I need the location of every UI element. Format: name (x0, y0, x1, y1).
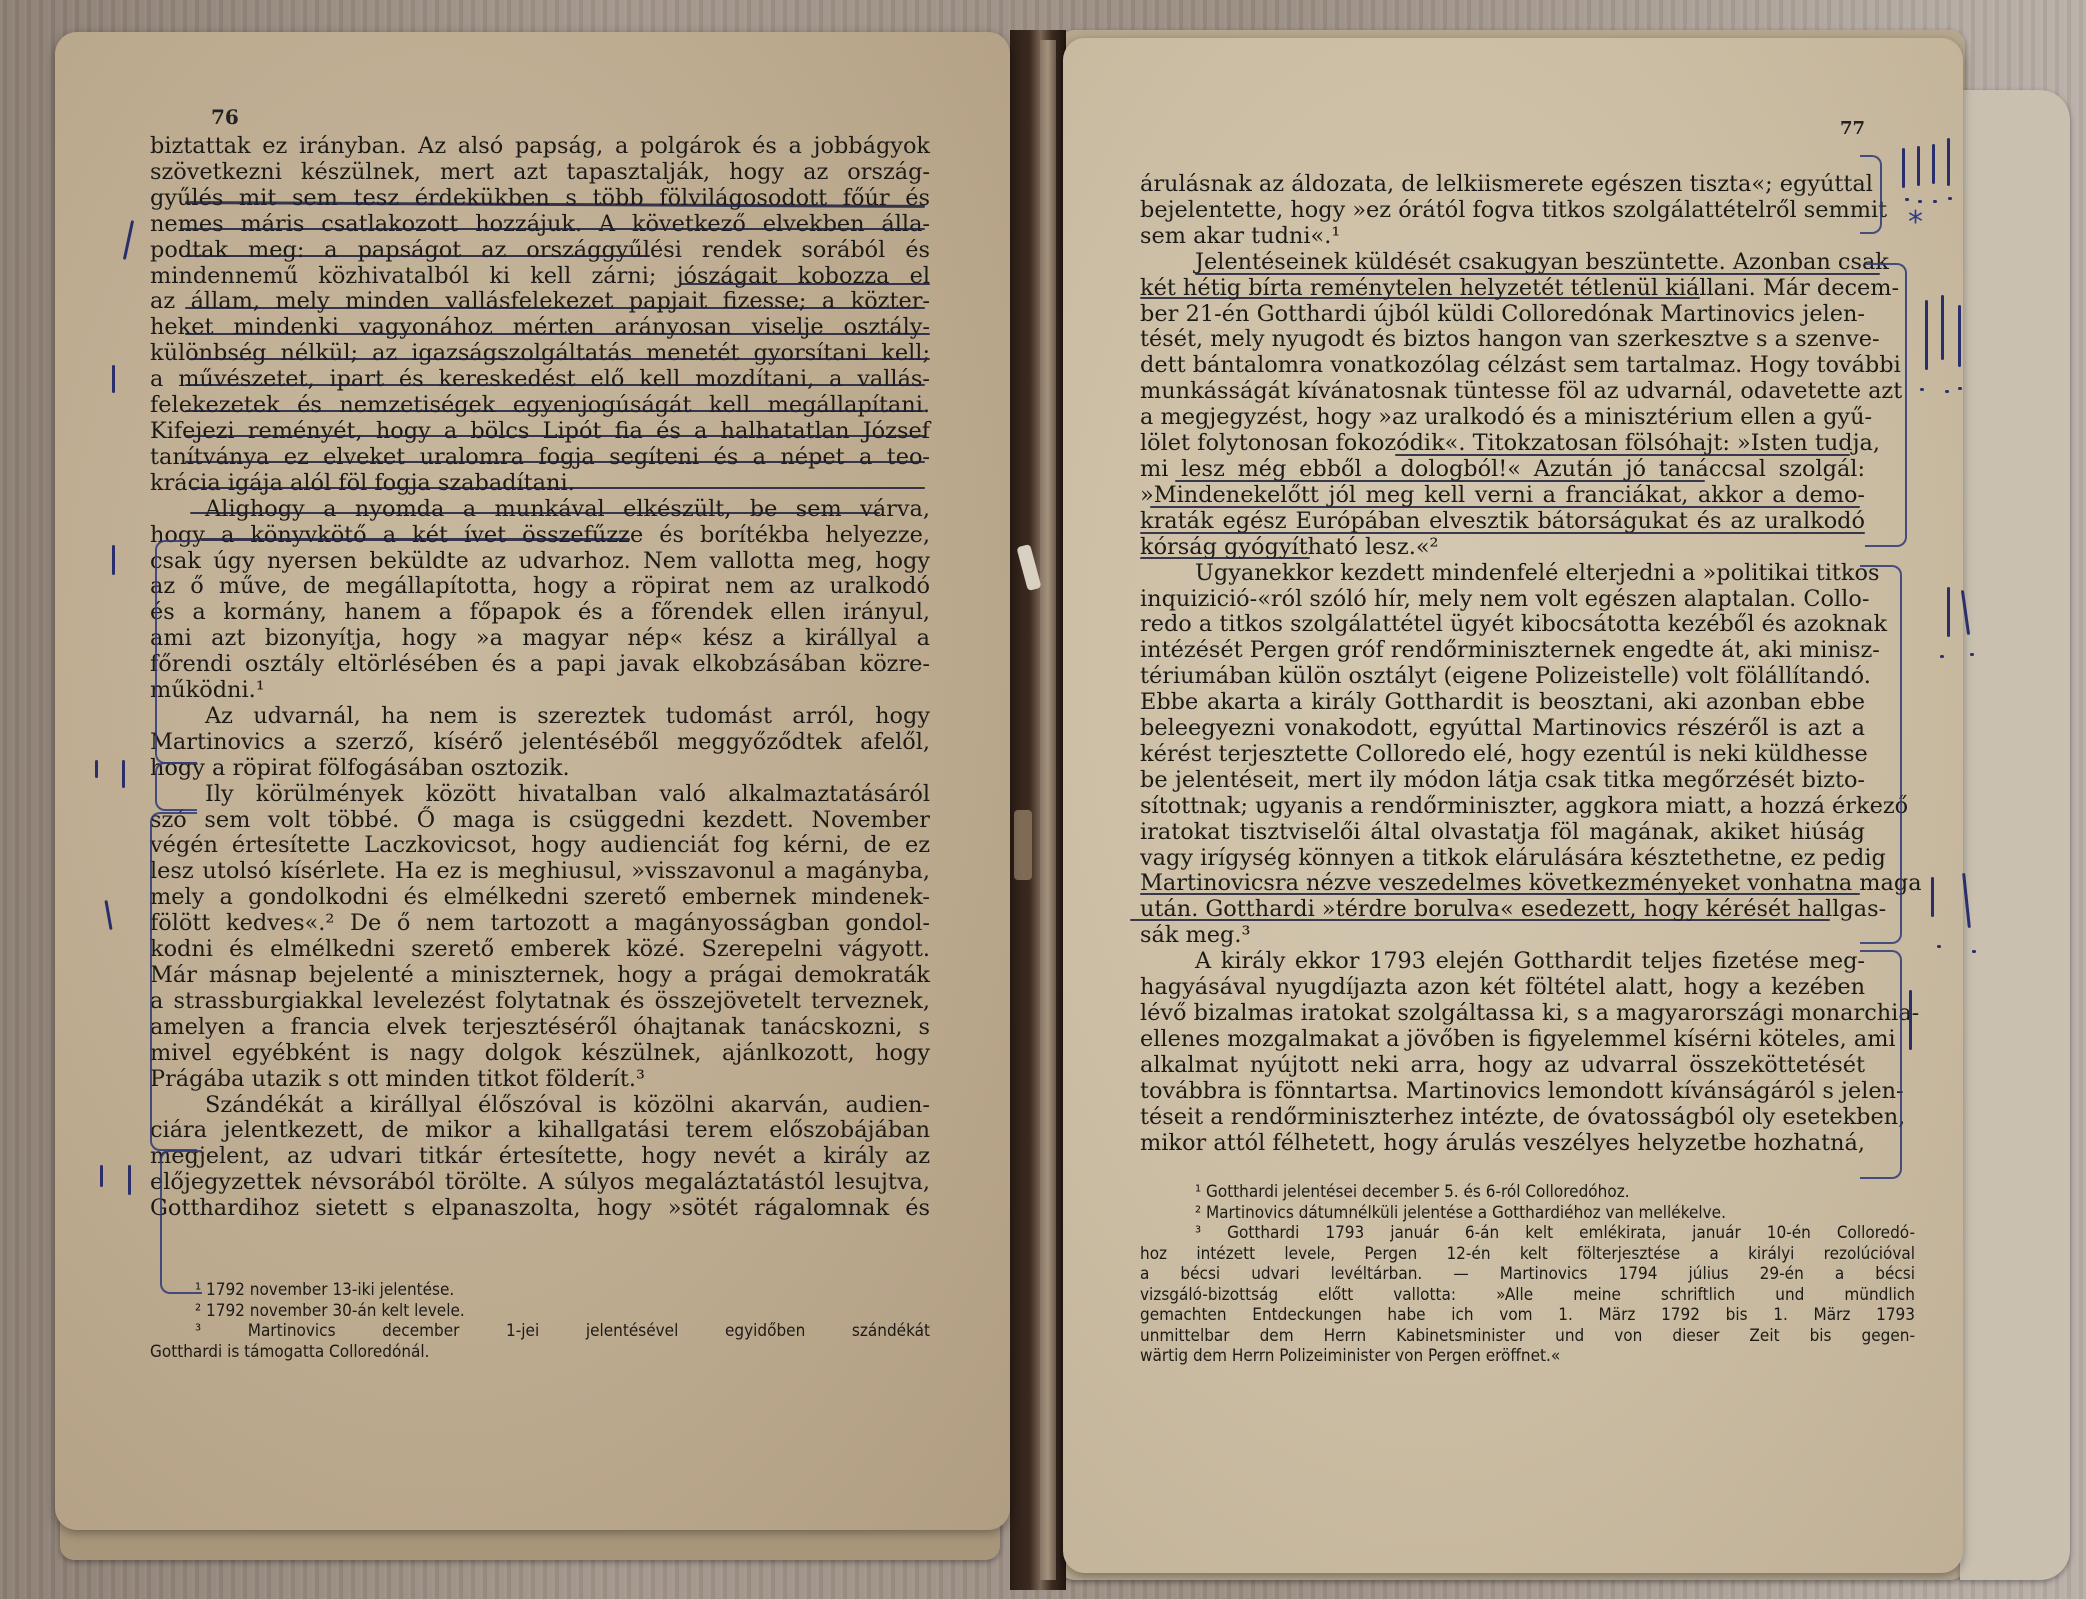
margin-dot (1918, 200, 1922, 203)
text-line: mivel egyébként is nagy dolgok készülnek… (150, 1041, 930, 1067)
margin-tally-mark (1925, 300, 1928, 370)
text-line: Martinovicsra nézve veszedelmes következ… (1140, 871, 1865, 897)
text-line: podtak meg: a papságot az országgyűlési … (150, 238, 930, 264)
text-line: redo a titkos szolgálattétel ügyét kiboc… (1140, 612, 1865, 638)
paragraph-start: Alighogy a nyomda a munkával elkészült, … (150, 497, 930, 523)
text-line: krácia igája alól föl fogja szabadítani. (150, 471, 930, 497)
margin-dot (1948, 197, 1952, 200)
text-line: hagyásával nyugdíjazta azon két föltétel… (1140, 975, 1865, 1001)
margin-dot (1945, 390, 1949, 393)
text-line: munkásságát kívánatosnak tüntesse föl az… (1140, 379, 1865, 405)
text-line: intézését Pergen gróf rendőrminiszternek… (1140, 638, 1865, 664)
footnote-continuation: Gotthardi is támogatta Colloredónál. (150, 1342, 930, 1363)
text-line: két hétig bírta reménytelen helyzetét té… (1140, 276, 1865, 302)
margin-dot (1972, 950, 1976, 953)
text-line: lévő bizalmas iratokat szolgáltassa ki, … (1140, 1001, 1865, 1027)
text-line: sem akar tudni«.¹ (1140, 224, 1865, 250)
pen-bracket-margin (160, 1150, 202, 1294)
margin-dot (1970, 653, 1974, 656)
text-line: be jelentéseit, mert ily módon látja csa… (1140, 768, 1865, 794)
pen-bracket-margin (150, 812, 197, 1151)
footnote: ³ Gotthardi 1793 január 6-án kelt emléki… (1195, 1223, 1915, 1244)
margin-tick-mark (100, 1165, 103, 1187)
text-line: végén értesítette Laczkovicsot, hogy aud… (150, 833, 930, 859)
text-line: hogy a könyvkötő a két ívet összefűzze é… (150, 523, 930, 549)
text-line: különbség nélkül; az igazságszolgáltatás… (150, 341, 930, 367)
margin-dot (1958, 387, 1962, 390)
text-line: lölet folytonosan fokozódik«. Titokzatos… (1140, 431, 1865, 457)
pen-bracket-margin (155, 540, 197, 764)
margin-dot (1905, 198, 1909, 201)
text-line: fölött kedves«.² De ő nem tartozott a ma… (150, 911, 930, 937)
pen-bracket-margin (1860, 155, 1882, 234)
paragraph-start: Az udvarnál, ha nem is szereztek tudomás… (150, 704, 930, 730)
text-line: kórság gyógyítható lesz.«² (1140, 535, 1865, 561)
footnote: ³ Martinovics december 1-jei jelentéséve… (195, 1321, 930, 1342)
text-line: a megjegyzést, hogy »az uralkodó és a mi… (1140, 405, 1865, 431)
text-line: inquizició-«ról szóló hír, mely nem volt… (1140, 587, 1865, 613)
left-page-footnotes: ¹ 1792 november 13-iki jelentése. ² 1792… (195, 1280, 930, 1362)
paragraph-start: Ugyanekkor kezdett mindenfelé elterjedni… (1140, 561, 1865, 587)
pen-bracket-margin (1860, 565, 1902, 944)
right-page-number: 77 (1840, 118, 1865, 139)
footnote-continuation: gemachten Entdeckungen habe ich vom 1. M… (1140, 1305, 1915, 1326)
text-line: működni.¹ (150, 678, 930, 704)
footnote-continuation: vizsgáló-bizottság előtt vallotta: »Alle… (1140, 1285, 1915, 1306)
paragraph-start: Jelentéseinek küldését csakugyan beszünt… (1140, 250, 1865, 276)
text-line: kraták egész Európában elvesztik bátorsá… (1140, 509, 1865, 535)
text-line: lesz utolsó kísérlete. Ha ez is meghiusu… (150, 859, 930, 885)
text-line: sítottnak; ugyanis a rendőrminiszter, ag… (1140, 794, 1865, 820)
footnote-continuation: a bécsi udvari levéltárban. — Martinovic… (1140, 1264, 1915, 1285)
text-line: bejelentette, hogy »ez órától fogva titk… (1140, 198, 1865, 224)
margin-tick-mark (112, 365, 115, 393)
text-line: mi lesz még ebből a dologból!« Azután jó… (1140, 457, 1865, 483)
footnote: ² 1792 november 30-án kelt levele. (195, 1301, 930, 1322)
margin-tally-mark (1947, 138, 1950, 186)
footnote-continuation: wärtig dem Herrn Polizeiminister von Per… (1140, 1346, 1915, 1367)
text-line: ciára jelentkezett, de mikor a kihallgat… (150, 1118, 930, 1144)
text-line: »Mindenekelőtt jól meg kell verni a fran… (1140, 483, 1865, 509)
margin-dot (1920, 388, 1924, 391)
footnote: ² Martinovics dátumnélküli jelentése a G… (1195, 1203, 1915, 1224)
text-line: kodni és elmélkedni szerető emberek közé… (150, 937, 930, 963)
text-line: és a kormány, hanem a főpapok és a főren… (150, 600, 930, 626)
margin-tally-mark (1932, 144, 1935, 184)
text-line: amelyen a francia elvek terjesztéséről ó… (150, 1015, 930, 1041)
text-line: Kifejezi reményét, hogy a bölcs Lipót fi… (150, 419, 930, 445)
margin-tally-mark (1917, 146, 1920, 186)
text-line: az ő műve, de megállapította, hogy a röp… (150, 574, 930, 600)
margin-tally-mark (1931, 877, 1934, 917)
paragraph-start: A király ekkor 1793 elején Gotthardit te… (1140, 949, 1865, 975)
margin-dot (1937, 945, 1941, 948)
text-line: Ebbe akarta a király Gotthardit is beosz… (1140, 690, 1865, 716)
right-page-footnotes: ¹ Gotthardi jelentései december 5. és 6-… (1195, 1182, 1915, 1367)
text-line: mikor attól félhetett, hogy árulás veszé… (1140, 1131, 1865, 1157)
text-line: nemes máris csatlakozott hozzájuk. A köv… (150, 212, 930, 238)
text-line: ber 21-én Gotthardi újból küldi Collored… (1140, 302, 1865, 328)
text-line: felekezetek és nemzetiségek egyenjogúság… (150, 393, 930, 419)
text-line: Prágába utazik s ott minden titkot földe… (150, 1067, 930, 1093)
binding-thread-lower (1014, 810, 1032, 880)
left-page-number: 76 (211, 105, 239, 129)
text-line: alkalmat nyújtott neki arra, hogy az udv… (1140, 1053, 1865, 1079)
text-line: továbbra is fönntartsa. Martinovics lemo… (1140, 1079, 1865, 1105)
text-line: ami azt bizonyítja, hogy »a magyar nép« … (150, 626, 930, 652)
margin-tally-mark (1909, 990, 1912, 1050)
text-line: Gotthardihoz sietett s elpanaszolta, hog… (150, 1196, 930, 1222)
text-line: Már másnap bejelenté a miniszternek, hog… (150, 963, 930, 989)
text-line: beleegyezni vonakodott, egyúttal Martino… (1140, 716, 1865, 742)
text-line: Martinovics a szerző, kísérő jelentésébő… (150, 730, 930, 756)
margin-tally-mark (1947, 587, 1950, 637)
text-line: dett bántalomra vonatkozólag célzást sem… (1140, 353, 1865, 379)
text-line: főrendi osztály eltörlésében és a papi j… (150, 652, 930, 678)
text-line: kérést terjesztette Colloredo elé, hogy … (1140, 742, 1865, 768)
footnote-continuation: hoz intézett levele, Pergen 12-én kelt f… (1140, 1244, 1915, 1265)
margin-tick-mark (112, 545, 115, 575)
text-line: tériumában külön osztályt (eigene Polize… (1140, 664, 1865, 690)
text-line: heket mindenki vagyonához mérten arányos… (150, 315, 930, 341)
asterisk-mark-icon: * (1908, 205, 1923, 240)
margin-tally-mark (1902, 148, 1905, 188)
pen-bracket-margin (1865, 263, 1907, 547)
text-line: mindennemű közhivatalból ki kell zárni; … (150, 264, 930, 290)
page-stack-edge-right-2 (1960, 90, 2070, 1580)
margin-tick-mark (122, 760, 125, 788)
paragraph-start: Szándékát a királlyal élőszóval is közöl… (150, 1093, 930, 1119)
pen-bracket-margin (1860, 950, 1902, 1179)
text-line: szövetkezni készülnek, mert azt tapaszta… (150, 160, 930, 186)
margin-tick-mark (95, 760, 98, 778)
text-line: után. Gotthardi »térdre borulva« esedeze… (1140, 897, 1865, 923)
margin-dot (1933, 200, 1937, 203)
text-line: tését, mely nyugodt és biztos hangon van… (1140, 327, 1865, 353)
text-line: sák meg.³ (1140, 923, 1865, 949)
margin-dot (1940, 655, 1944, 658)
footnote: ¹ Gotthardi jelentései december 5. és 6-… (1195, 1182, 1915, 1203)
text-line: csak úgy nyersen beküldte az udvarhoz. N… (150, 549, 930, 575)
footnote: ¹ 1792 november 13-iki jelentése. (195, 1280, 930, 1301)
footnote-continuation: unmittelbar dem Herrn Kabinetsminister u… (1140, 1326, 1915, 1347)
paragraph-start: Ily körülmények között hivatalban való a… (150, 782, 930, 808)
margin-tick-mark (128, 1165, 131, 1195)
text-line: mely a gondolkodni és elmélkedni szerető… (150, 885, 930, 911)
text-line: tanítványa ez elveket uralomra fogja seg… (150, 445, 930, 471)
text-line: a művészetet, ipart és kereskedést elő k… (150, 367, 930, 393)
text-line: hogy a röpirat fölfogásában osztozik. (150, 756, 930, 782)
text-line: szó sem volt többé. Ő maga is csüggedni … (150, 808, 930, 834)
margin-tally-mark (1941, 295, 1944, 360)
right-page-body: árulásnak az áldozata, de lelkiismerete … (1140, 172, 1865, 1156)
text-line: téseit a rendőrminiszterhez intézte, de … (1140, 1105, 1865, 1131)
text-line: megjelent, az udvari titkár értesítette,… (150, 1144, 930, 1170)
margin-tally-mark (1958, 305, 1961, 367)
text-line: ellenes mozgalmakat a jövőben is figyele… (1140, 1027, 1865, 1053)
pen-bracket-margin (155, 762, 197, 811)
text-line: a strassburgiakkal levelezést folytatnak… (150, 989, 930, 1015)
text-line: biztattak ez irányban. Az alsó papság, a… (150, 134, 930, 160)
text-line: iratokat tisztviselői által olvastatja f… (1140, 820, 1865, 846)
text-line: gyűlés mit sem tesz érdekükben s több fö… (150, 186, 930, 212)
text-line: vagy irígység könnyen a titkok elárulásá… (1140, 846, 1865, 872)
text-line: az állam, mely minden vallásfelekezet pa… (150, 289, 930, 315)
spine-binding-strip (1040, 40, 1056, 1580)
left-page-body: biztattak ez irányban. Az alsó papság, a… (150, 134, 930, 1222)
text-line: árulásnak az áldozata, de lelkiismerete … (1140, 172, 1865, 198)
text-line: előjegyzettek névsorából törölte. A súly… (150, 1170, 930, 1196)
